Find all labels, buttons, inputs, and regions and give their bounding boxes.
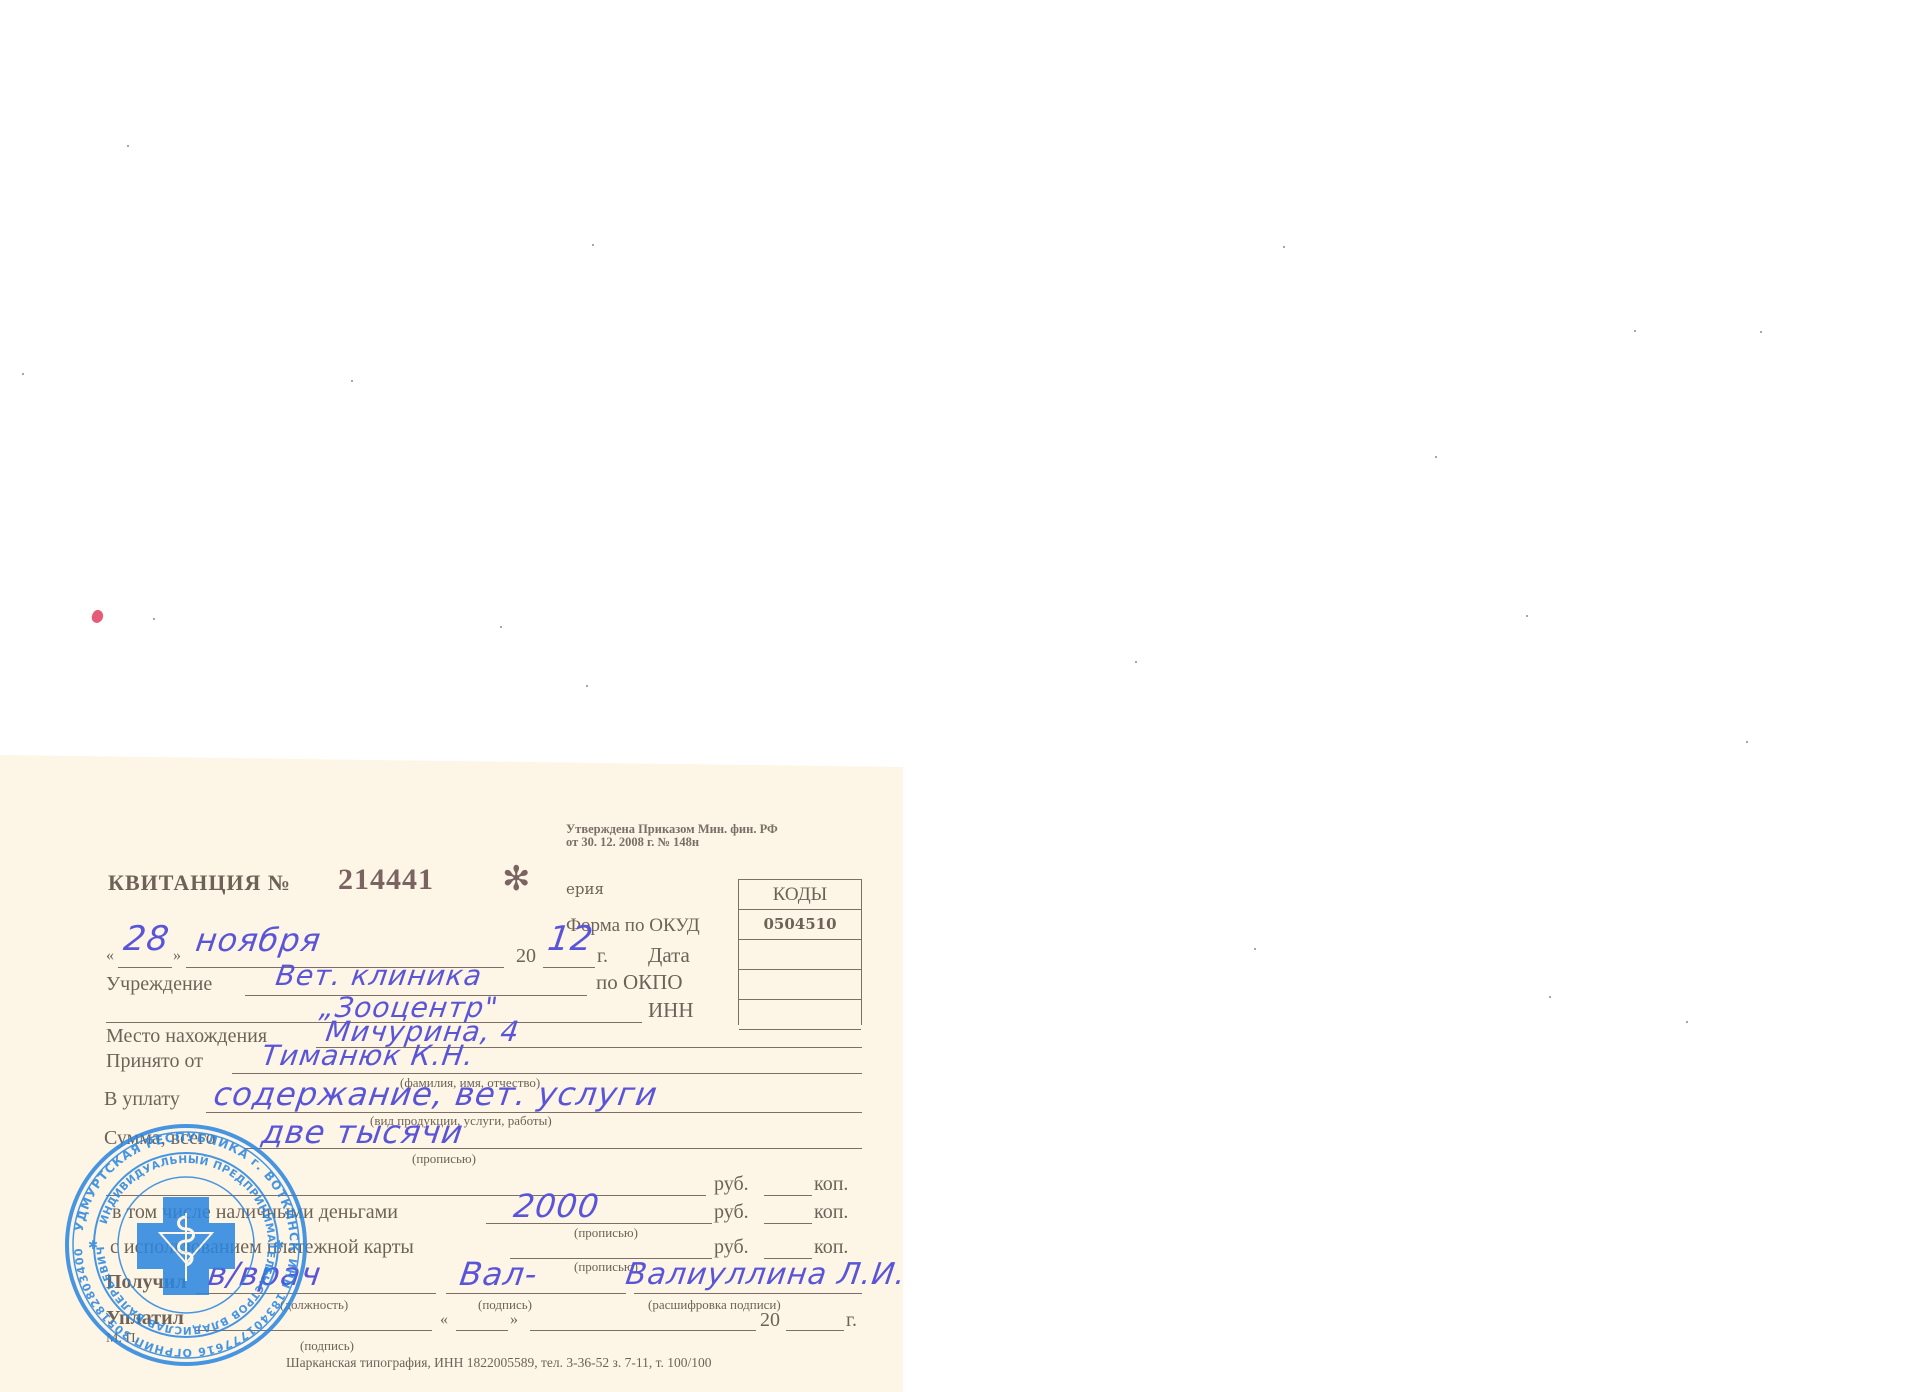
okud-code: 0504510 bbox=[739, 909, 861, 939]
scan-speck bbox=[351, 380, 353, 382]
cash-value[interactable]: 2000 bbox=[511, 1187, 602, 1225]
scan-speck bbox=[1760, 331, 1762, 333]
scan-speck bbox=[1283, 246, 1285, 248]
paid-year-prefix: 20 bbox=[760, 1309, 780, 1332]
printer-footer: Шарканская типография, ИНН 1822005589, т… bbox=[286, 1355, 712, 1371]
date-year-suffix[interactable]: 12 bbox=[545, 919, 596, 959]
approval-note: Утверждена Приказом Мин. фин. РФ от 30. … bbox=[566, 823, 778, 849]
paid-year-unit: г. bbox=[846, 1309, 857, 1332]
scan-speck bbox=[1634, 330, 1636, 332]
svg-text:✱: ✱ bbox=[88, 1238, 98, 1252]
scan-speck bbox=[592, 244, 594, 246]
codes-box: КОДЫ 0504510 bbox=[738, 879, 862, 1025]
series-label: ерия bbox=[566, 880, 604, 898]
received-from-label: Принято от bbox=[106, 1050, 203, 1073]
scan-speck bbox=[1526, 615, 1528, 617]
receipt-form: Утверждена Приказом Мин. фин. РФ от 30. … bbox=[0, 755, 903, 1392]
signature-hint: (подпись) bbox=[478, 1297, 532, 1313]
sum-total-rub: руб. bbox=[714, 1173, 749, 1196]
date-year-prefix: 20 bbox=[516, 945, 536, 968]
receipt-title: КВИТАНЦИЯ № bbox=[108, 870, 291, 896]
sum-total-kop: коп. bbox=[814, 1173, 848, 1196]
date-open-quote: « bbox=[106, 947, 114, 965]
scan-speck bbox=[1435, 456, 1437, 458]
received-by-decoding[interactable]: Валиуллина Л.И. bbox=[624, 1257, 909, 1292]
date-year-unit: г. bbox=[597, 945, 608, 968]
paid-date-open-quote: « bbox=[440, 1311, 448, 1329]
institution-label: Учреждение bbox=[106, 973, 212, 996]
round-seal-stamp: УДМУРТСКАЯ РЕСПУБЛИКА г. ВОТКИНСК ИНН 18… bbox=[62, 1121, 310, 1369]
institution-value[interactable]: Вет. клиника bbox=[274, 959, 485, 992]
scan-speck bbox=[22, 373, 24, 375]
codes-header: КОДЫ bbox=[739, 879, 861, 909]
sum-total-hint: (прописью) bbox=[412, 1151, 476, 1167]
svg-text:✱: ✱ bbox=[274, 1238, 284, 1252]
received-by-signature[interactable]: Вал- bbox=[457, 1255, 540, 1293]
okpo-label: по ОКПО bbox=[596, 970, 683, 995]
cash-rub: руб. bbox=[714, 1201, 749, 1224]
scan-speck bbox=[1746, 741, 1748, 743]
scan-speck bbox=[1135, 661, 1137, 663]
location-label: Место нахождения bbox=[106, 1025, 267, 1048]
red-mark bbox=[90, 608, 105, 624]
payment-for-value[interactable]: содержание, вет. услуги bbox=[211, 1075, 660, 1113]
scan-speck bbox=[586, 685, 588, 687]
medical-cross-icon bbox=[137, 1197, 235, 1295]
received-from-value[interactable]: Тиманюк К.Н. bbox=[260, 1039, 477, 1072]
scan-speck bbox=[1686, 1021, 1688, 1023]
series-asterisk-icon: ✻ bbox=[502, 859, 531, 899]
date-month[interactable]: ноября bbox=[193, 921, 323, 959]
card-rub: руб. bbox=[714, 1236, 749, 1259]
date-day[interactable]: 28 bbox=[121, 919, 172, 959]
date-code-label: Дата bbox=[648, 943, 690, 968]
approval-line-2: от 30. 12. 2008 г. № 148н bbox=[566, 836, 778, 849]
scan-speck bbox=[500, 626, 502, 628]
scan-speck bbox=[127, 145, 129, 147]
date-close-quote: » bbox=[173, 947, 181, 965]
cash-hint: (прописью) bbox=[574, 1225, 638, 1241]
payment-for-label: В уплату bbox=[104, 1088, 180, 1111]
scan-speck bbox=[1254, 948, 1256, 950]
card-kop: коп. bbox=[814, 1236, 848, 1259]
okpo-code-cell[interactable] bbox=[739, 969, 861, 999]
date-code-cell[interactable] bbox=[739, 939, 861, 969]
inn-code-cell[interactable] bbox=[739, 999, 861, 1030]
inn-label: ИНН bbox=[648, 998, 694, 1023]
receipt-number: 214441 bbox=[338, 863, 434, 897]
scan-speck bbox=[153, 618, 155, 620]
paid-date-close-quote: » bbox=[510, 1311, 518, 1329]
cash-kop: коп. bbox=[814, 1201, 848, 1224]
scan-speck bbox=[1549, 996, 1551, 998]
